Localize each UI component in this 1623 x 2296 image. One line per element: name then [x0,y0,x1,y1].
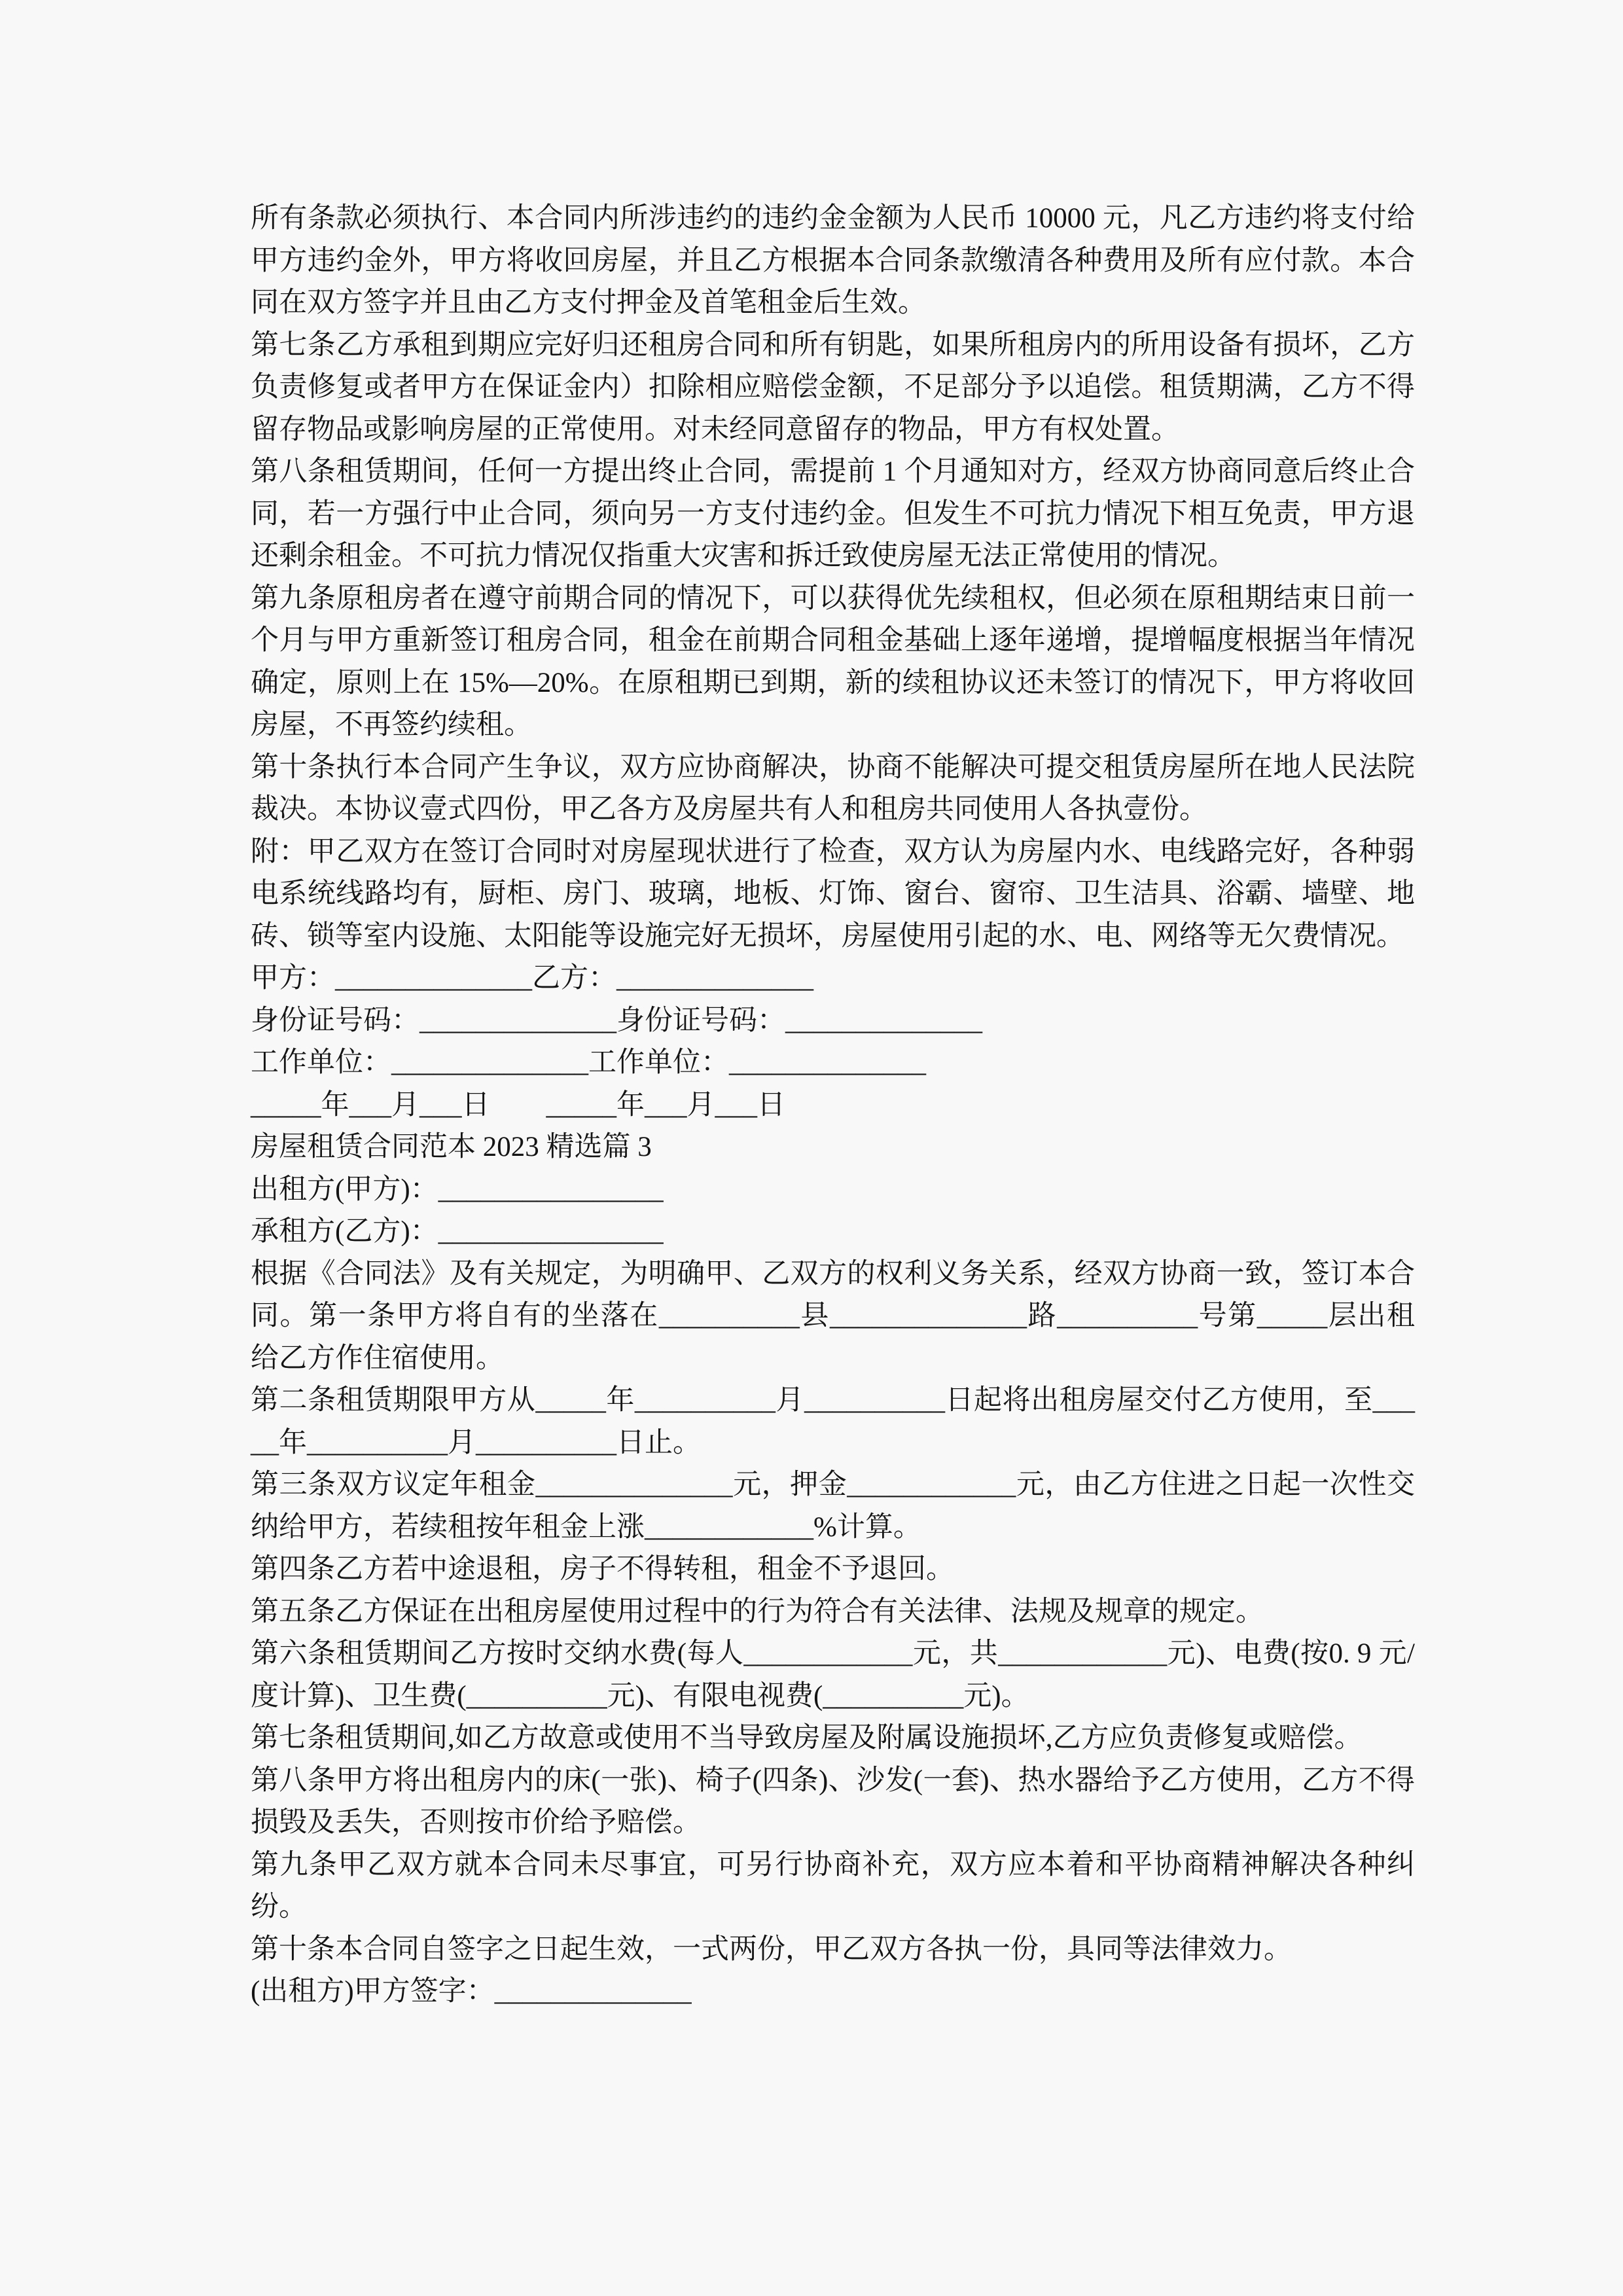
clause-paragraph: 第七条乙方承租到期应完好归还租房合同和所有钥匙，如果所租房内的所用设备有损坏，乙… [251,325,1415,452]
clause-paragraph: 第八条甲方将出租房内的床(一张)、椅子(四条)、沙发(一套)、热水器给予乙方使用… [251,1760,1415,1844]
clause-paragraph: 第十条执行本合同产生争议，双方应协商解决，协商不能解决可提交租赁房屋所在地人民法… [251,747,1415,831]
clause-paragraph: 第五条乙方保证在出租房屋使用过程中的行为符合有关法律、法规及规章的规定。 [251,1591,1415,1634]
clause-paragraph: 第九条甲乙双方就本合同未尽事宜，可另行协商补充，双方应本着和平协商精神解决各种纠… [251,1844,1415,1929]
clause-paragraph: 第十条本合同自签字之日起生效，一式两份，甲乙双方各执一份，具同等法律效力。 [251,1929,1415,1971]
date-line: _____年___月___日 _____年___月___日 [251,1085,1415,1127]
clause-paragraph: 第二条租赁期限甲方从_____年__________月__________日起将… [251,1380,1415,1464]
clause-paragraph: 所有条款必须执行、本合同内所涉违约的违约金金额为人民币 10000 元，凡乙方违… [251,198,1415,325]
clause-paragraph: 第九条原租房者在遵守前期合同的情况下，可以获得优先续租权，但必须在原租期结束日前… [251,578,1415,747]
document-text: 所有条款必须执行、本合同内所涉违约的违约金金额为人民币 10000 元，凡乙方违… [251,198,1415,2013]
clause-paragraph: 第八条租赁期间，任何一方提出终止合同，需提前 1 个月通知对方，经双方协商同意后… [251,451,1415,578]
clause-paragraph: 第四条乙方若中途退租，房子不得转租，租金不予退回。 [251,1549,1415,1591]
id-number-line: 身份证号码：______________身份证号码：______________ [251,1000,1415,1043]
clause-paragraph: 根据《合同法》及有关规定，为明确甲、乙双方的权利义务关系，经双方协商一致，签订本… [251,1253,1415,1380]
work-unit-line: 工作单位：______________工作单位：______________ [251,1042,1415,1085]
clause-paragraph: 附：甲乙双方在签订合同时对房屋现状进行了检查，双方认为房屋内水、电线路完好，各种… [251,831,1415,958]
contract-page: 所有条款必须执行、本合同内所涉违约的违约金金额为人民币 10000 元，凡乙方违… [0,0,1623,2296]
clause-paragraph: 第三条双方议定年租金______________元，押金____________… [251,1464,1415,1549]
lessee-line: 承租方(乙方)：________________ [251,1211,1415,1253]
section-heading: 房屋租赁合同范本 2023 精选篇 3 [251,1126,1415,1169]
clause-paragraph: 第七条租赁期间,如乙方故意或使用不当导致房屋及附属设施损坏,乙方应负责修复或赔偿… [251,1717,1415,1760]
signature-blank-line: (出租方)甲方签字：______________ [251,1971,1415,2013]
clause-paragraph: 第六条租赁期间乙方按时交纳水费(每人____________元，共_______… [251,1633,1415,1717]
lessor-line: 出租方(甲方)：________________ [251,1169,1415,1211]
signature-line: 甲方：______________乙方：______________ [251,958,1415,1000]
